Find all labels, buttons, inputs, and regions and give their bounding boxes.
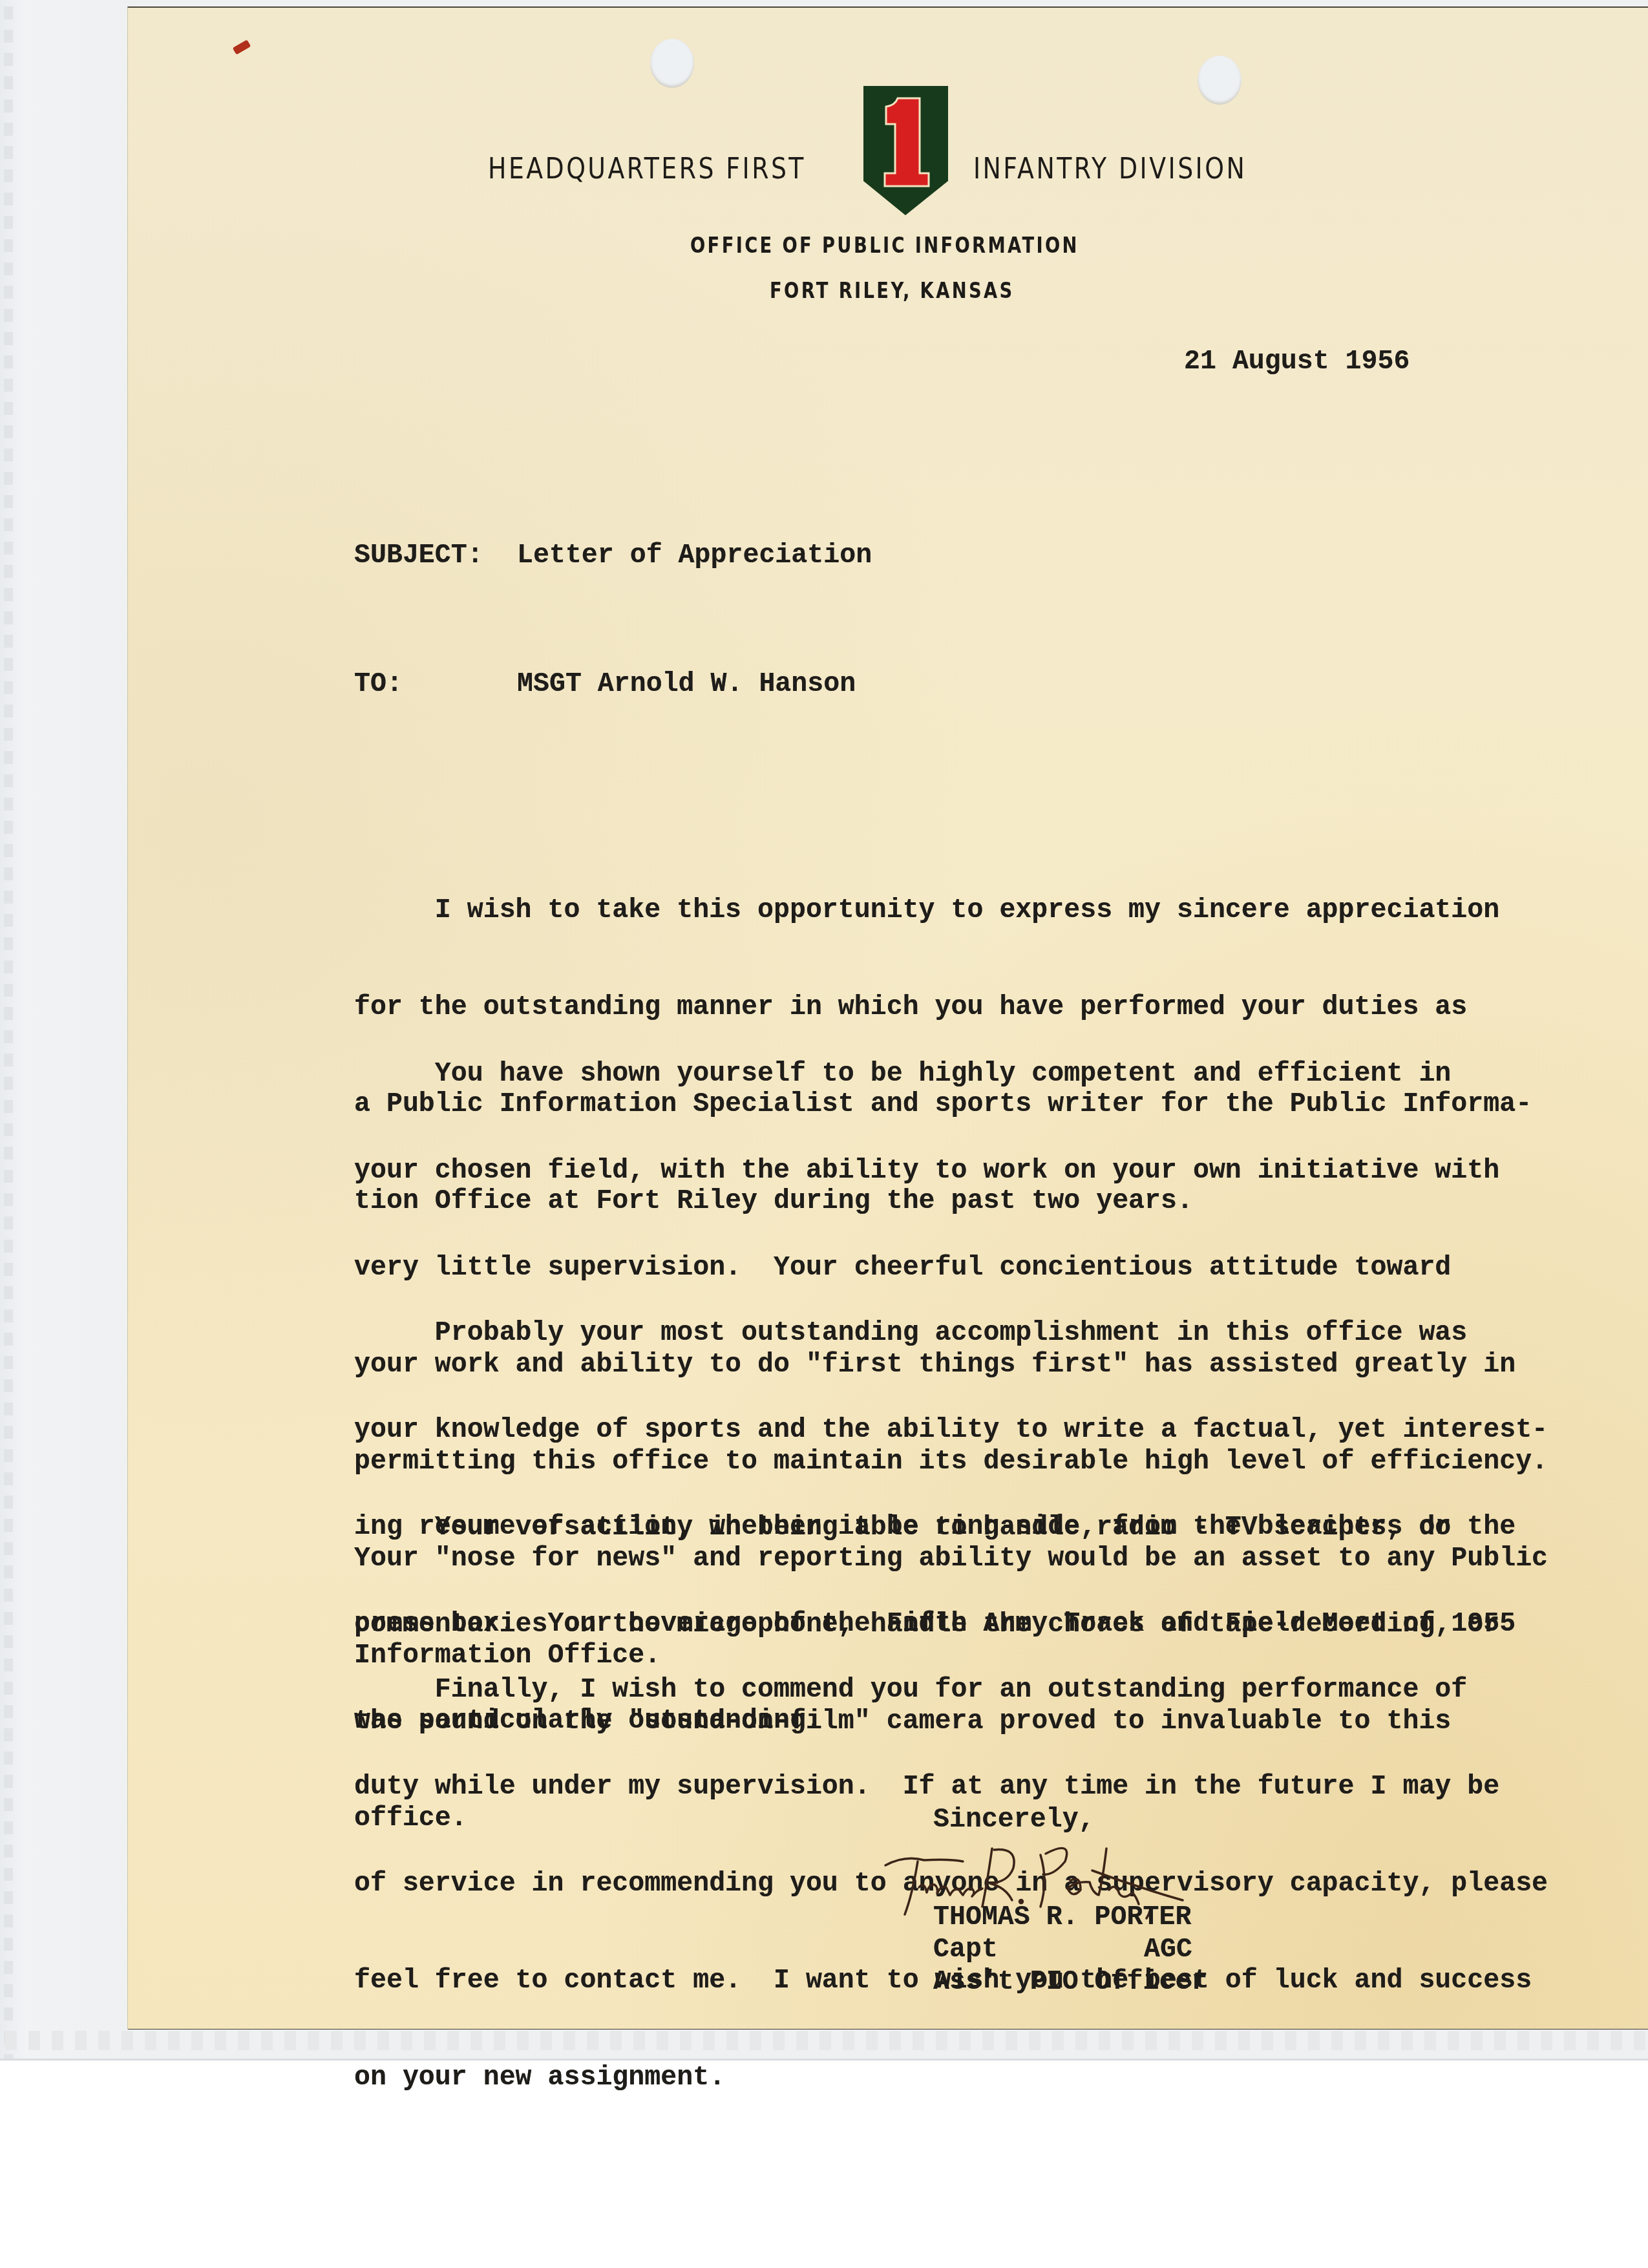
signer-rank: Capt	[933, 1934, 998, 1966]
body-line: Finally, I wish to commend you for an ou…	[354, 1674, 1548, 1706]
punch-hole-right	[1198, 56, 1241, 105]
subject-label: SUBJECT:	[354, 540, 483, 572]
letter-date: 21 August 1956	[1184, 346, 1410, 378]
punch-hole-left	[650, 39, 694, 88]
signer-title: Ass't PIO Officer	[933, 1966, 1207, 1998]
sheet-protector-bottom-perforation	[0, 2031, 1648, 2050]
body-line: Your versatility in being able to handle…	[354, 1512, 1499, 1544]
to-label: TO:	[354, 668, 403, 701]
letterhead-location: FORT RILEY, KANSAS	[770, 278, 1015, 303]
body-line: I wish to take this opportunity to expre…	[354, 895, 1532, 927]
to-value: MSGT Arnold W. Hanson	[517, 668, 856, 701]
letterhead-office: OFFICE OF PUBLIC INFORMATION	[690, 233, 1079, 258]
subject-value: Letter of Appreciation	[517, 540, 872, 572]
body-line: on your new assignment.	[354, 2062, 1548, 2094]
signer-branch: AGC	[1144, 1934, 1192, 1966]
red-mark	[233, 39, 251, 54]
body-line: Probably your most outstanding accomplis…	[354, 1317, 1548, 1350]
body-line: You have shown yourself to be highly com…	[354, 1058, 1548, 1090]
letterhead-left-title: HEADQUARTERS FIRST	[488, 153, 806, 185]
signer-name: THOMAS R. PORTER	[933, 1902, 1191, 1934]
body-line: your knowledge of sports and the ability…	[354, 1414, 1548, 1447]
body-line: your chosen field, with the ability to w…	[354, 1155, 1548, 1187]
letterhead-right-title: INFANTRY DIVISION	[973, 153, 1247, 185]
closing-salutation: Sincerely,	[933, 1804, 1095, 1836]
first-infantry-division-shoulder-patch-icon	[861, 84, 950, 217]
sheet-protector-left-perforation	[4, 0, 13, 2059]
body-line: duty while under my supervision. If at a…	[354, 1771, 1548, 1803]
